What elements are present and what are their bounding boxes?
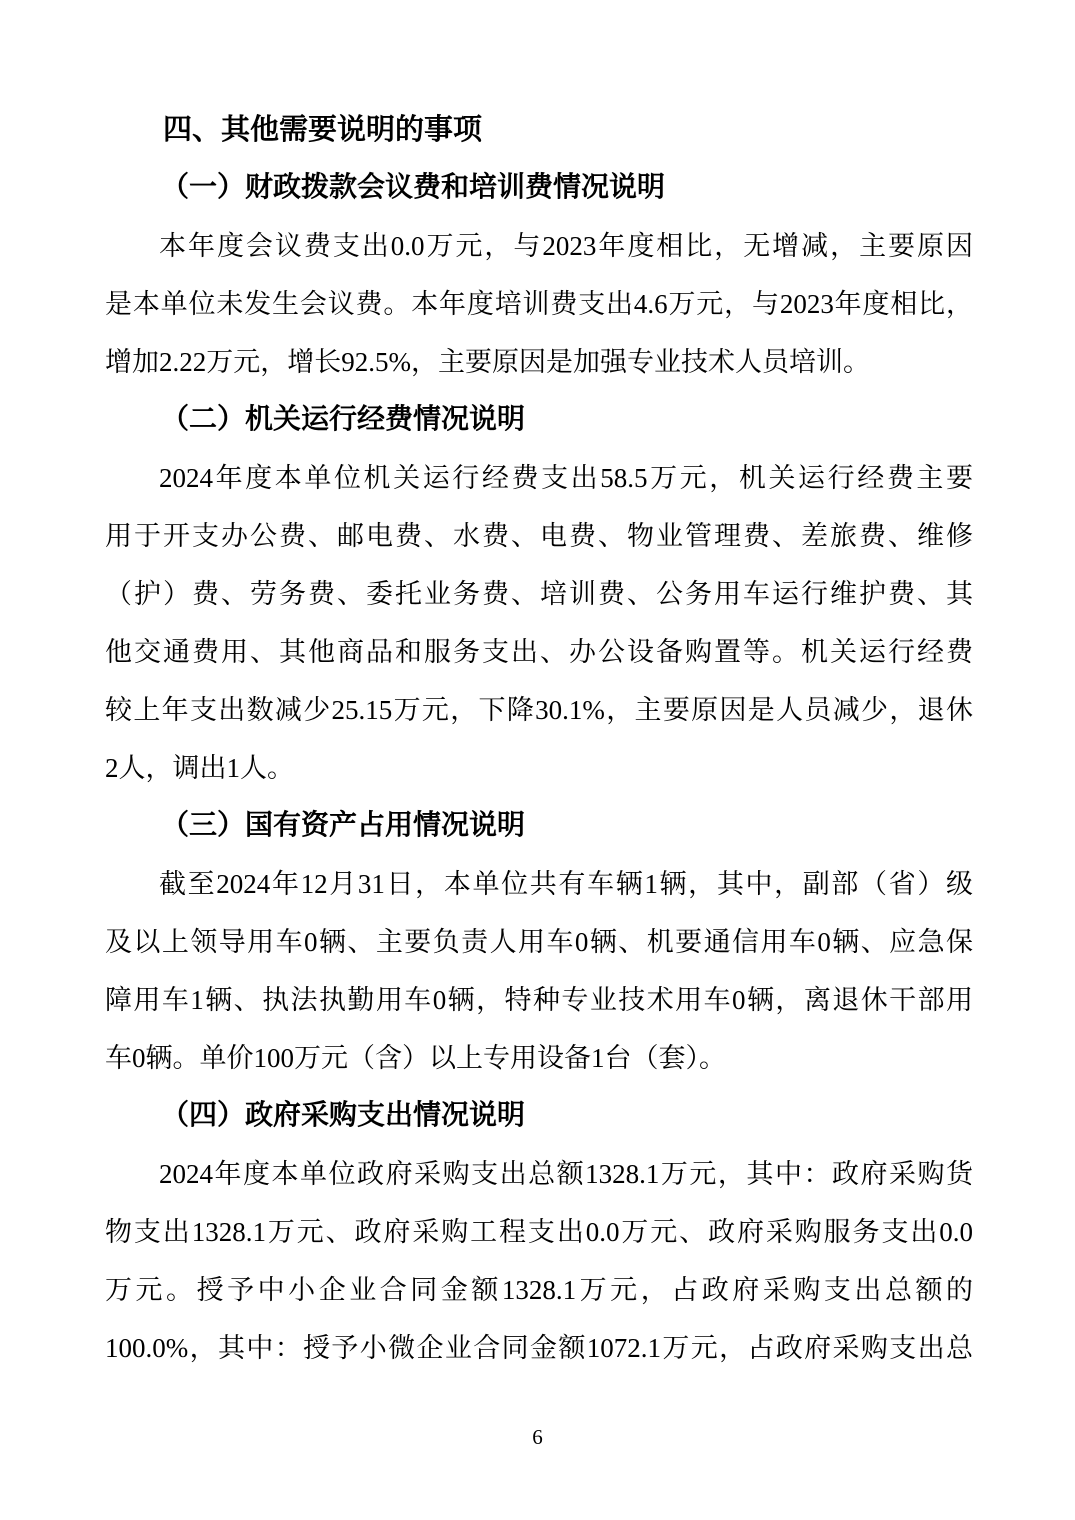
section-heading: 四、其他需要说明的事项 <box>105 101 973 159</box>
body-text-line: 是本单位未发生会议费。本年度培训费支出4.6万元，与2023年度相比， <box>105 275 973 333</box>
body-text-line: 车0辆。单价100万元（含）以上专用设备1台（套）。 <box>105 1029 973 1087</box>
subsection-heading: （四）政府采购支出情况说明 <box>105 1087 973 1145</box>
body-text-line: （护）费、劳务费、委托业务费、培训费、公务用车运行维护费、其 <box>105 565 973 623</box>
body-text-line: 万元。授予中小企业合同金额1328.1万元，占政府采购支出总额的 <box>105 1261 973 1319</box>
subsection-heading: （三）国有资产占用情况说明 <box>105 797 973 855</box>
body-text-line: 截至2024年12月31日，本单位共有车辆1辆，其中，副部（省）级 <box>105 855 973 913</box>
document-content: 四、其他需要说明的事项（一）财政拨款会议费和培训费情况说明本年度会议费支出0.0… <box>0 0 1075 1377</box>
body-text-line: 增加2.22万元，增长92.5%，主要原因是加强专业技术人员培训。 <box>105 333 973 391</box>
subsection-heading: （二）机关运行经费情况说明 <box>105 391 973 449</box>
body-text-line: 2人，调出1人。 <box>105 739 973 797</box>
body-text-line: 用于开支办公费、邮电费、水费、电费、物业管理费、差旅费、维修 <box>105 507 973 565</box>
subsection-heading: （一）财政拨款会议费和培训费情况说明 <box>105 159 973 217</box>
body-text-line: 2024年度本单位政府采购支出总额1328.1万元，其中：政府采购货 <box>105 1145 973 1203</box>
body-text-line: 及以上领导用车0辆、主要负责人用车0辆、机要通信用车0辆、应急保 <box>105 913 973 971</box>
body-text-line: 他交通费用、其他商品和服务支出、办公设备购置等。机关运行经费 <box>105 623 973 681</box>
page-number: 6 <box>0 1425 1075 1450</box>
document-page: 四、其他需要说明的事项（一）财政拨款会议费和培训费情况说明本年度会议费支出0.0… <box>0 0 1075 1520</box>
body-text-line: 较上年支出数减少25.15万元，下降30.1%，主要原因是人员减少，退休 <box>105 681 973 739</box>
body-text-line: 障用车1辆、执法执勤用车0辆，特种专业技术用车0辆，离退休干部用 <box>105 971 973 1029</box>
body-text-line: 本年度会议费支出0.0万元，与2023年度相比，无增减，主要原因 <box>105 217 973 275</box>
body-text-line: 100.0%，其中：授予小微企业合同金额1072.1万元，占政府采购支出总 <box>105 1319 973 1377</box>
body-text-line: 2024年度本单位机关运行经费支出58.5万元，机关运行经费主要 <box>105 449 973 507</box>
body-text-line: 物支出1328.1万元、政府采购工程支出0.0万元、政府采购服务支出0.0 <box>105 1203 973 1261</box>
